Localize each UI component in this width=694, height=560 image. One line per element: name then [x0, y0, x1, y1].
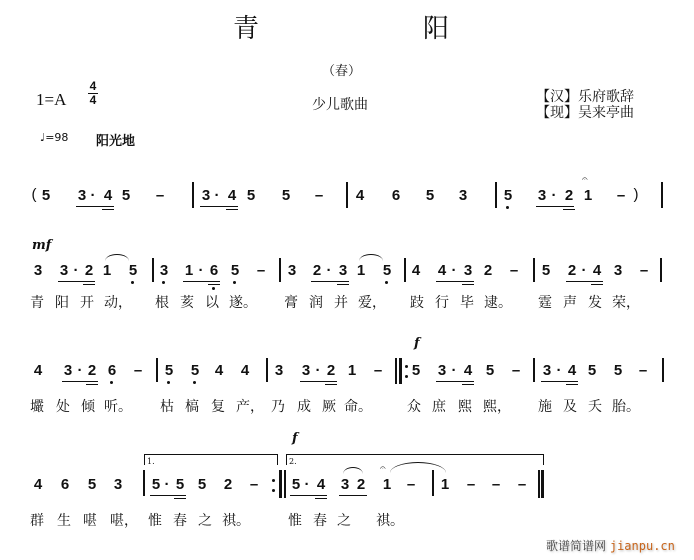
- note: 4: [591, 262, 603, 279]
- lyric: 壧: [30, 396, 44, 416]
- dot: ·: [548, 187, 560, 204]
- dynamic-f: f: [414, 336, 420, 351]
- note: 3: [112, 476, 124, 493]
- note: 3: [337, 262, 349, 279]
- lyric: 之: [337, 510, 351, 530]
- note: 6: [390, 187, 402, 204]
- note: 3: [273, 362, 285, 379]
- genre-label: 少儿歌曲: [312, 94, 368, 114]
- dash: –: [372, 362, 384, 379]
- note: 2: [86, 362, 98, 379]
- note: 2: [311, 262, 323, 279]
- note: 6: [106, 362, 118, 379]
- note: 5: [245, 187, 257, 204]
- lyric: 乃: [271, 396, 285, 416]
- lyric: 以: [205, 292, 219, 312]
- note: 5: [586, 362, 598, 379]
- lyric: 荄: [180, 292, 194, 312]
- lyric: 开: [80, 292, 94, 312]
- note: 6: [59, 476, 71, 493]
- note: 5: [540, 262, 552, 279]
- lyric: 处: [56, 396, 70, 416]
- title-char-1: 青: [233, 8, 259, 45]
- note: 1: [183, 262, 195, 279]
- lyric: 众: [407, 396, 421, 416]
- lyric: 行: [435, 292, 449, 312]
- note: 4: [213, 362, 225, 379]
- note: 3: [339, 476, 351, 493]
- note: 4: [226, 187, 238, 204]
- tempo-mark: ♩=98: [40, 131, 68, 144]
- fermata-icon: 𝄐: [380, 463, 386, 474]
- note: 5: [163, 362, 175, 379]
- dot: ·: [312, 362, 324, 379]
- lyric: 槁: [185, 396, 199, 416]
- lyric: 惟: [288, 510, 302, 530]
- note: 2: [222, 476, 234, 493]
- dash: –: [405, 476, 417, 493]
- dot: ·: [74, 362, 86, 379]
- time-signature-bottom: 4: [88, 94, 98, 107]
- dash: –: [154, 187, 166, 204]
- fermata-icon: 𝄐: [582, 174, 588, 185]
- note: 2: [563, 187, 575, 204]
- lyric: 夭: [588, 396, 602, 416]
- note: 3: [436, 362, 448, 379]
- lyric: 啿，: [110, 510, 138, 530]
- dash: –: [465, 476, 477, 493]
- lyric: 胎。: [612, 396, 640, 416]
- lyric: 产，: [236, 396, 264, 416]
- lyric: 生: [57, 510, 71, 530]
- dash: –: [508, 262, 520, 279]
- lyric: 庶: [432, 396, 446, 416]
- note: 3: [158, 262, 170, 279]
- note: 2: [482, 262, 494, 279]
- note: 6: [208, 262, 220, 279]
- note: 1: [346, 362, 358, 379]
- note: 5: [86, 476, 98, 493]
- lyric: 成: [297, 396, 311, 416]
- note: 5: [410, 362, 422, 379]
- note: 3: [541, 362, 553, 379]
- note: 2: [83, 262, 95, 279]
- note: 5: [424, 187, 436, 204]
- lyric: 熙: [458, 396, 472, 416]
- note: 5: [196, 476, 208, 493]
- composer-credit: 【现】吴来亭曲: [536, 102, 634, 122]
- note: 5: [612, 362, 624, 379]
- lyric: 倾: [81, 396, 95, 416]
- dot: ·: [70, 262, 82, 279]
- lyric: 声: [563, 292, 577, 312]
- dot: ·: [448, 362, 460, 379]
- lyric: 润: [309, 292, 323, 312]
- note: 4: [410, 262, 422, 279]
- note: 5: [120, 187, 132, 204]
- title-char-2: 阳: [423, 8, 449, 45]
- dash: –: [255, 262, 267, 279]
- dot: ·: [578, 262, 590, 279]
- lyric: 春: [313, 510, 327, 530]
- lyric: 祺。: [222, 510, 250, 530]
- key-signature: 1=A: [36, 90, 66, 110]
- note: 1: [439, 476, 451, 493]
- note: 4: [102, 187, 114, 204]
- note: 4: [32, 476, 44, 493]
- dash: –: [510, 362, 522, 379]
- note: 1: [582, 187, 594, 204]
- note: 4: [462, 362, 474, 379]
- note: 4: [32, 362, 44, 379]
- note: 4: [239, 362, 251, 379]
- note: 3: [32, 262, 44, 279]
- dash: –: [638, 262, 650, 279]
- lyric: 霆: [538, 292, 552, 312]
- note: 3: [58, 262, 70, 279]
- note: 5: [280, 187, 292, 204]
- dot: ·: [301, 476, 313, 493]
- dash: –: [615, 187, 627, 204]
- lyric: 逮。: [484, 292, 512, 312]
- watermark: 歌谱简谱网 jianpu.cn: [546, 537, 675, 554]
- note: 3: [286, 262, 298, 279]
- note: 1: [381, 476, 393, 493]
- lyric: 根: [155, 292, 169, 312]
- note: 4: [566, 362, 578, 379]
- lyric: 群: [30, 510, 44, 530]
- note: 4: [315, 476, 327, 493]
- open-paren: (: [28, 186, 40, 203]
- note: 3: [300, 362, 312, 379]
- note: 2: [566, 262, 578, 279]
- note: 1: [355, 262, 367, 279]
- watermark-cn: 歌谱简谱网: [546, 539, 606, 553]
- lyric: 复: [211, 396, 225, 416]
- lyric: 之: [198, 510, 212, 530]
- subtitle: （春）: [322, 60, 361, 79]
- note: 5: [174, 476, 186, 493]
- note: 5: [502, 187, 514, 204]
- dynamic-mf: mf: [32, 238, 51, 253]
- note: 3: [612, 262, 624, 279]
- lyric: 施: [538, 396, 552, 416]
- lyric: 及: [563, 396, 577, 416]
- lyric: 动，: [104, 292, 132, 312]
- note: 5: [229, 262, 241, 279]
- note: 5: [127, 262, 139, 279]
- note: 3: [457, 187, 469, 204]
- lyric: 阳: [55, 292, 69, 312]
- lyric: 听。: [104, 396, 132, 416]
- dot: ·: [195, 262, 207, 279]
- lyric: 遂。: [229, 292, 257, 312]
- lyric: 惟: [148, 510, 162, 530]
- lyric: 跂: [410, 292, 424, 312]
- note: 1: [101, 262, 113, 279]
- dot: ·: [323, 262, 335, 279]
- dot: ·: [87, 187, 99, 204]
- note: 3: [62, 362, 74, 379]
- dash: –: [313, 187, 325, 204]
- lyric: 厥: [322, 396, 336, 416]
- volta-2-label: 2.: [289, 457, 297, 466]
- note: 4: [436, 262, 448, 279]
- dash: –: [248, 476, 260, 493]
- expression-mark: 阳光地: [96, 130, 135, 149]
- lyric: 枯: [160, 396, 174, 416]
- watermark-en: jianpu.cn: [610, 539, 675, 553]
- lyric: 命。: [344, 396, 372, 416]
- dash: –: [490, 476, 502, 493]
- volta-1-bracket: [144, 454, 278, 465]
- lyric: 发: [588, 292, 602, 312]
- note: 5: [40, 187, 52, 204]
- lyric: 熙，: [483, 396, 511, 416]
- lyric: 爱，: [358, 292, 386, 312]
- volta-1-label: 1.: [147, 457, 155, 466]
- dash: –: [516, 476, 528, 493]
- lyric: 并: [334, 292, 348, 312]
- time-signature: 4 4: [88, 80, 98, 107]
- dot: ·: [448, 262, 460, 279]
- dash: –: [637, 362, 649, 379]
- lyric: 毕: [460, 292, 474, 312]
- note: 3: [536, 187, 548, 204]
- dot: ·: [553, 362, 565, 379]
- note: 5: [381, 262, 393, 279]
- time-signature-top: 4: [88, 80, 98, 93]
- lyric: 膏: [284, 292, 298, 312]
- lyric: 啿: [83, 510, 97, 530]
- note: 2: [325, 362, 337, 379]
- dynamic-f: f: [292, 431, 298, 446]
- note: 4: [354, 187, 366, 204]
- dash: –: [132, 362, 144, 379]
- lyric: 青: [30, 292, 44, 312]
- note: 5: [484, 362, 496, 379]
- lyric: 荣，: [612, 292, 640, 312]
- lyric: 春: [173, 510, 187, 530]
- dot: ·: [161, 476, 173, 493]
- close-paren: ): [630, 186, 642, 203]
- dot: ·: [211, 187, 223, 204]
- note: 5: [189, 362, 201, 379]
- note: 2: [355, 476, 367, 493]
- lyric: 祺。: [376, 510, 404, 530]
- note: 3: [462, 262, 474, 279]
